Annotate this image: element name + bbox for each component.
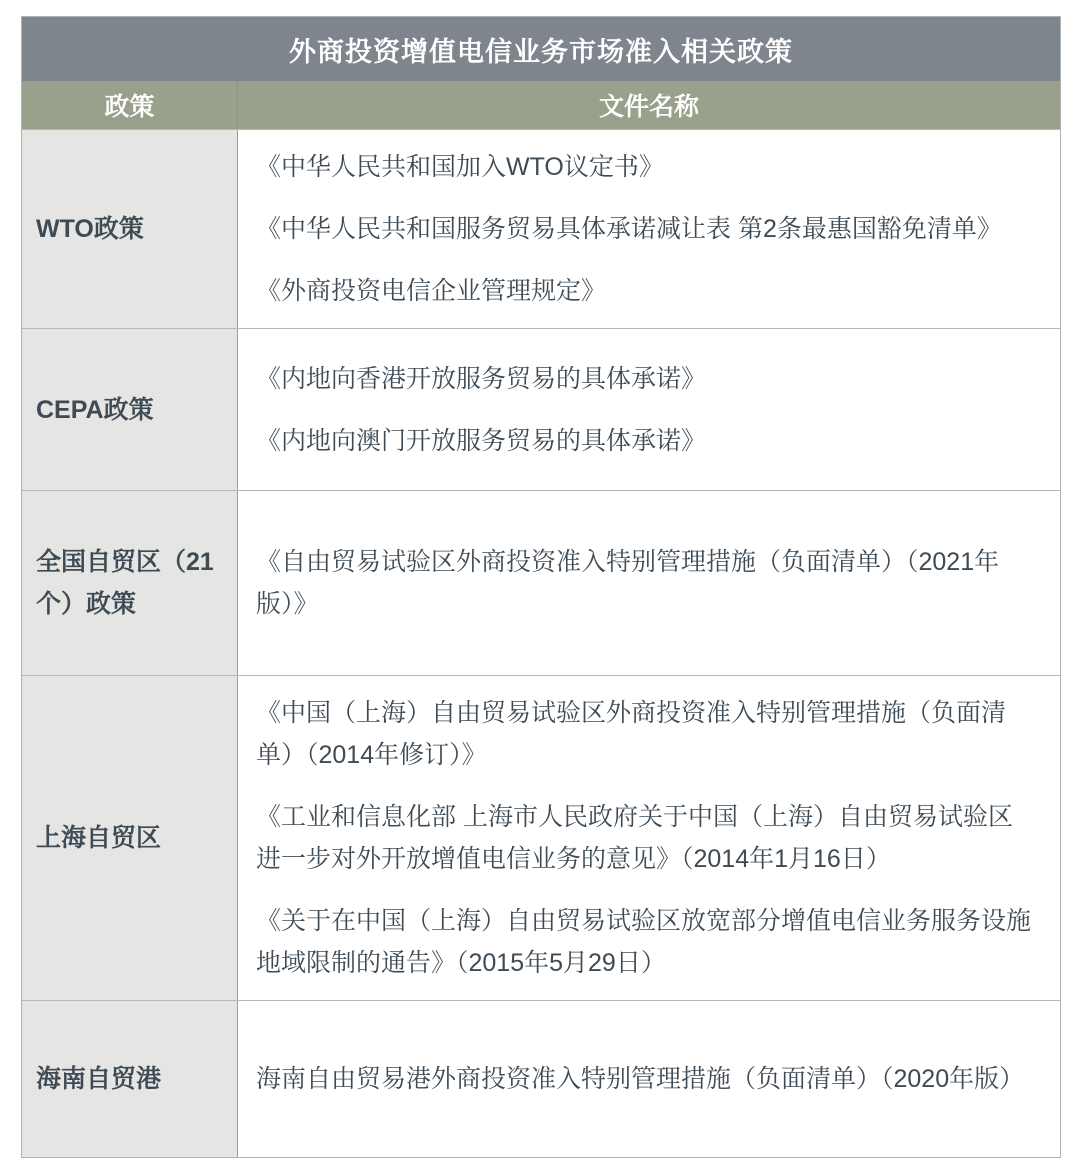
document-title: 《关于在中国（上海）自由贸易试验区放宽部分增值电信业务服务设施地域限制的通告》（… [256, 900, 1036, 984]
column-header-policy: 政策 [22, 81, 238, 129]
row-label-cepa: CEPA政策 [22, 329, 238, 490]
table-row-national-ftz: 全国自贸区（21个）政策 《自由贸易试验区外商投资准入特别管理措施（负面清单）（… [22, 490, 1060, 675]
document-title: 《工业和信息化部 上海市人民政府关于中国（上海）自由贸易试验区进一步对外开放增值… [256, 796, 1036, 880]
column-header-document-name: 文件名称 [238, 81, 1060, 129]
table-title: 外商投资增值电信业务市场准入相关政策 [22, 17, 1060, 81]
row-label-shanghai-ftz: 上海自贸区 [22, 676, 238, 1000]
row-documents-hainan-ftp: 海南自由贸易港外商投资准入特别管理措施（负面清单）（2020年版） [238, 1001, 1060, 1157]
table-row-cepa: CEPA政策 《内地向香港开放服务贸易的具体承诺》 《内地向澳门开放服务贸易的具… [22, 328, 1060, 490]
document-title: 《外商投资电信企业管理规定》 [256, 270, 1036, 312]
table-row-hainan-ftp: 海南自贸港 海南自由贸易港外商投资准入特别管理措施（负面清单）（2020年版） [22, 1000, 1060, 1157]
document-title: 《内地向澳门开放服务贸易的具体承诺》 [256, 420, 1036, 462]
row-label-hainan-ftp: 海南自贸港 [22, 1001, 238, 1157]
table-row-wto: WTO政策 《中华人民共和国加入WTO议定书》 《中华人民共和国服务贸易具体承诺… [22, 129, 1060, 328]
row-documents-national-ftz: 《自由贸易试验区外商投资准入特别管理措施（负面清单）（2021年版）》 [238, 491, 1060, 675]
row-documents-cepa: 《内地向香港开放服务贸易的具体承诺》 《内地向澳门开放服务贸易的具体承诺》 [238, 329, 1060, 490]
row-documents-wto: 《中华人民共和国加入WTO议定书》 《中华人民共和国服务贸易具体承诺减让表 第2… [238, 130, 1060, 328]
table-row-shanghai-ftz: 上海自贸区 《中国（上海）自由贸易试验区外商投资准入特别管理措施（负面清单）（2… [22, 675, 1060, 1000]
document-title: 《中华人民共和国服务贸易具体承诺减让表 第2条最惠国豁免清单》 [256, 208, 1036, 250]
policy-table: 外商投资增值电信业务市场准入相关政策 政策 文件名称 WTO政策 《中华人民共和… [21, 16, 1061, 1158]
table-header-row: 政策 文件名称 [22, 81, 1060, 129]
row-label-national-ftz: 全国自贸区（21个）政策 [22, 491, 238, 675]
document-title: 《中国（上海）自由贸易试验区外商投资准入特别管理措施（负面清单）（2014年修订… [256, 692, 1036, 776]
document-title: 《自由贸易试验区外商投资准入特别管理措施（负面清单）（2021年版）》 [256, 541, 1036, 625]
document-title: 《中华人民共和国加入WTO议定书》 [256, 146, 1036, 188]
row-documents-shanghai-ftz: 《中国（上海）自由贸易试验区外商投资准入特别管理措施（负面清单）（2014年修订… [238, 676, 1060, 1000]
document-title: 《内地向香港开放服务贸易的具体承诺》 [256, 358, 1036, 400]
document-title: 海南自由贸易港外商投资准入特别管理措施（负面清单）（2020年版） [256, 1058, 1036, 1100]
row-label-wto: WTO政策 [22, 130, 238, 328]
